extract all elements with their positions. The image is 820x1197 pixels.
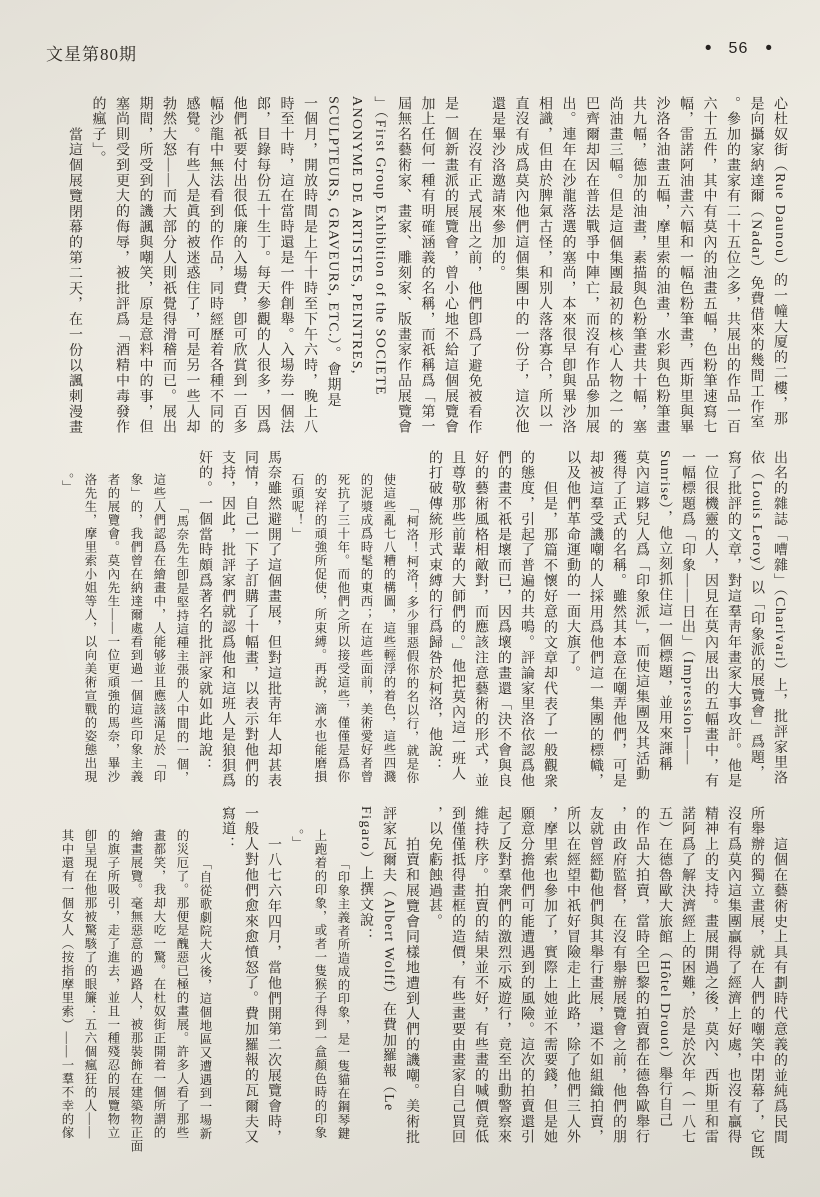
text-column: 一幅標題爲「印象——日出」（Impression—— — [676, 450, 699, 792]
text-column: 他們祇要付出很低廉的入場費，卽可欣賞到一百多 — [227, 96, 251, 432]
text-column: 」（First Group Exhibition of the SOCIETE — [368, 96, 392, 432]
text-column: 支持，因此，批評家們就認爲他和這班人是狼狽爲 — [216, 450, 239, 792]
text-column: 這些人們認爲在繪畫中，人能够並且應該滿足於「印 — [147, 450, 170, 792]
text-column: 好的藝術風格相敵對，而應該注意藝術的形式，並 — [469, 450, 492, 792]
text-column: 奸的。一個當時頗爲著名的批評家就如此地說： — [193, 450, 216, 792]
text-band-middle: 出名的雜誌「嘈雜」（Charivari）上，批評家里洛依（Louis Leroy… — [55, 450, 791, 792]
text-column: 拍賣和展覽會同樣地遭到人們的譏嘲。美術批 — [400, 806, 423, 1162]
page-number-bullet-right: • — [765, 41, 772, 57]
text-column: 一位很機靈的人，因見在莫內展出的五幅畫中，有 — [699, 450, 722, 792]
text-column: 上跑着的印象，或者一隻猴子得到一盒顏色時的印象 — [308, 806, 331, 1162]
text-column: 們的畫不祇是壞而已，因爲壞的畫還「決不會與良 — [492, 450, 515, 792]
text-column: 時至十時，這在當時還是一件創舉。入場券一個法 — [274, 96, 298, 432]
text-column: 。」 — [55, 450, 78, 792]
text-column: 以及他們革命運動的一面大旗了。 — [561, 450, 584, 792]
text-column: 郎，目錄每份五十生丁。每天參觀的人很多，因爲 — [251, 96, 275, 432]
text-column: 「馬奈先生卽是堅持這種主張的人中間的一個， — [170, 450, 193, 792]
text-column: 卽呈現在他那被驚駭了的眼簾：五六個瘋狂的人—— — [78, 806, 101, 1162]
text-column: 是向攝家納達爾（Nadar）免費借來的幾間工作室 — [744, 96, 768, 432]
text-column: 幅，雷諾阿油畫六幅和一幅色粉筆畫，西斯里與畢 — [674, 96, 698, 432]
text-column: 這個在藝術史上具有劃時代意義的並純爲民間 — [768, 806, 791, 1162]
text-column: 到僅僅抵得畫框的造價，有些畫要由畫家自己買回 — [446, 806, 469, 1162]
text-column: 馬奈雖然避開了這個畫展，但對這批靑年人却甚表 — [262, 450, 285, 792]
text-column: ，以免虧蝕過甚。 — [423, 806, 446, 1162]
text-column: SCULPTEURS, GRAVEURS, ETC.）。會期是 — [321, 96, 345, 432]
text-band-top: 心杜奴街（Rue Daunou）的一幢大厦的二樓，那是向攝家納達爾（Nadar）… — [63, 96, 792, 432]
text-column: 使這些亂七八糟的構圖，這些輕浮的着色，這些四濺 — [377, 450, 400, 792]
text-column: 六十五件，其中有莫內的油畫五幅，色粉筆速寫七 — [697, 96, 721, 432]
text-column: 象」的，我們曾在納達爾處看到過一個這些印象主義 — [124, 450, 147, 792]
text-column: 寫了批評的文章，對這羣靑年畫家大事攻訐。他是 — [722, 450, 745, 792]
text-column: 所以在經望中祇好冒險走上此路，除了他們三人外 — [561, 806, 584, 1162]
text-column: 「柯洛！柯洛！多少罪惡假你的名以行，就是你 — [400, 450, 423, 792]
text-column: 巴齊爾却因在普法戰爭中陣亡，而沒有作品參加展 — [580, 96, 604, 432]
text-column: 沙洛各油畫五幅，摩里索的油畫，水彩與色粉筆畫 — [650, 96, 674, 432]
text-column: 直沒有成爲莫內他們這個集團中的一份子，這次他 — [509, 96, 533, 432]
text-column: 勃然大怒——而大部分人則祇覺得滑稽而已。展出 — [157, 96, 181, 432]
text-column: 寫道： — [216, 806, 239, 1162]
page-number-value: 56 — [729, 40, 749, 58]
text-band-bottom: 這個在藝術史上具有劃時代意義的並純爲民間所舉辦的獨立畫展，就在人們的嘲笑中閉幕了… — [55, 806, 791, 1162]
text-column: 精神上的支持。畫展開過之後，莫內、西斯里和雷 — [699, 806, 722, 1162]
text-column: 的泥漿成爲時髦的東西；在這些面前，美術愛好者曾 — [354, 450, 377, 792]
text-column: 相識，但由於脾氣古怪，和別人落落寡合，所以一 — [533, 96, 557, 432]
text-column: 同情，自己一下子訂購了十幅畫，以表示對他們的 — [239, 450, 262, 792]
page-number: • 56 • — [705, 40, 772, 58]
text-column: 五）在德魯歐大旅館（Hôtel Drouot）舉行自己 — [653, 806, 676, 1162]
text-column: 繪畫展覽。毫無惡意的過路人，被那裝飾在建築物正面 — [124, 806, 147, 1162]
text-column: 依（Louis Leroy）以「印象派的展覽會」爲題， — [745, 450, 768, 792]
page-number-bullet-left: • — [705, 41, 712, 57]
text-column: 起了反對羣衆們的激烈示威遊行，竟至出動警察來 — [492, 806, 515, 1162]
text-column: 。參加的畫家有二十五位之多，共展出的作品一百 — [721, 96, 745, 432]
text-column: 出名的雜誌「嘈雜」（Charivari）上，批評家里洛 — [768, 450, 791, 792]
text-column: 維持秩序。拍賣的結果並不好，有些畫的喊價竟低 — [469, 806, 492, 1162]
text-column: 共九幅，德加的油畫，素描與色粉筆畫共十幅，塞 — [627, 96, 651, 432]
text-column: 莫內這夥兒人爲「印象派」，而使這集團及其活動 — [630, 450, 653, 792]
text-column: 諾阿爲了解決濟經上的困難，於是於次年（一八七 — [676, 806, 699, 1162]
text-column: 願意分擔他們可能遭遇到的風險。這次的拍賣還引 — [515, 806, 538, 1162]
text-column: 且尊敬那些前輩的大師們的。」他把莫內這一班人 — [446, 450, 469, 792]
text-column: 所舉辦的獨立畫展，就在人們的嘲笑中閉幕了，它旣 — [745, 806, 768, 1162]
text-column: 幅沙龍中無法看到的作品，同時經歷着各種不同的 — [204, 96, 228, 432]
text-column: 的瘋子」。 — [86, 96, 110, 432]
text-column: 者的展覽會。莫內先生——一位更頑強的馬奈，畢沙 — [101, 450, 124, 792]
text-column: Sunrise），他立刻抓住這一個標題，並用來諢稱 — [653, 450, 676, 792]
text-column: 。」 — [285, 806, 308, 1162]
text-column: 屆無名藝術家、畫家、雕刻家、版畫家作品展覽會 — [392, 96, 416, 432]
text-column: 一個月，開放時間是上午十時至下午六時，晚上八 — [298, 96, 322, 432]
text-column: ，由政府監督，在沒有舉辦展覽會之前，他們的朋 — [607, 806, 630, 1162]
text-column: 的作品大拍賣，當時全巴黎的拍賣都在德魯歐舉行 — [630, 806, 653, 1162]
text-column: ，摩里索也參加了，實際上她並不需要錢，但是她 — [538, 806, 561, 1162]
text-column: 的旗子所吸引，走了進去，並且一種殘忍的展覽物立 — [101, 806, 124, 1162]
text-column: 獲得了正式的名稱。雖然其本意在嘲弄他們，可是 — [607, 450, 630, 792]
journal-title: 文星第80期 — [46, 40, 137, 65]
text-column: 評家瓦爾夫（Albert Wolff）在費加羅報（Le — [377, 806, 400, 1162]
text-column: 在沒有正式展出之前，他們卽爲了避免被看作 — [462, 96, 486, 432]
text-column: 的災厄了。那便是醜惡已極的畫展。許多人看了那些 — [170, 806, 193, 1162]
text-column: 却被這羣受譏嘲的人採用爲他們這一集團的標幟， — [584, 450, 607, 792]
text-column: 感覺。有些人是眞的被迷惑住了，可是另一些人却 — [180, 96, 204, 432]
text-column: 沒有爲莫內這集團贏得了經濟上好處，也沒有贏得 — [722, 806, 745, 1162]
text-column: 「自從歌劇院大火後，這個地區又遭遇到一場新 — [193, 806, 216, 1162]
text-column: 「印象主義者所造成的印象，是一隻貓在鋼琴鍵 — [331, 806, 354, 1162]
text-column: 一般人對他們愈來愈憤怒了。費加羅報的瓦爾夫又 — [239, 806, 262, 1162]
text-column: 但是，那篇不懷好意的文章却代表了一般觀衆 — [538, 450, 561, 792]
text-column: 是一個新畫派的展覽會，曾小心地不給這個展覽會 — [439, 96, 463, 432]
text-column: 心杜奴街（Rue Daunou）的一幢大厦的二樓，那 — [768, 96, 792, 432]
text-column: 塞尚則受到更大的侮辱，被批評爲「酒精中毒發作 — [110, 96, 134, 432]
text-column: 一八七六年四月，當他們開第二次展覽會時， — [262, 806, 285, 1162]
text-column: 尚油畫三幅。但是這個集團最初的核心人物之一的 — [603, 96, 627, 432]
text-column: 畫都笑，我却大吃一驚。在杜奴街正開着一個所謂的 — [147, 806, 170, 1162]
text-column: 的打破傳統形式束縛的行爲歸咎於柯洛，他說： — [423, 450, 446, 792]
magazine-page: 文星第80期 • 56 • 心杜奴街（Rue Daunou）的一幢大厦的二樓，那… — [0, 0, 820, 1197]
text-column: 死抗了三十年。而他們之所以接受這些，僅僅是爲你 — [331, 450, 354, 792]
text-column: 友就曾經勸他們與其舉行畫展，還不如組織拍賣， — [584, 806, 607, 1162]
text-column: Figaro）上撰文說： — [354, 806, 377, 1162]
text-column: 還是畢沙洛邀請來參加的。 — [486, 96, 510, 432]
text-column: 的態度，引起了普遍的共鳴。評論家里洛依認爲他 — [515, 450, 538, 792]
text-column: ANONYME DE ARTISTES, PEINTRES, — [345, 96, 369, 432]
text-column: 洛先生，摩里索小姐等人，以向美術宣戰的姿態出現 — [78, 450, 101, 792]
text-column: 當這個展覽閉幕的第二天，在一份以諷刺漫畫 — [63, 96, 87, 432]
text-column: 的安祥的頑強所促使，所束縛。再說，滴水也能磨損 — [308, 450, 331, 792]
text-column: 出。連年在沙龍落選的塞尚，本來很早卽與畢沙洛 — [556, 96, 580, 432]
text-column: 期間，所受到的譏諷與嘲笑，原是意料中的事，但 — [133, 96, 157, 432]
text-column: 其中還有一個女人（按指摩里索）——一羣不幸的傢 — [55, 806, 78, 1162]
text-column: 石頭呢！」 — [285, 450, 308, 792]
text-column: 加上任何一種有明確涵義的名稱，而祇稱爲「第一 — [415, 96, 439, 432]
